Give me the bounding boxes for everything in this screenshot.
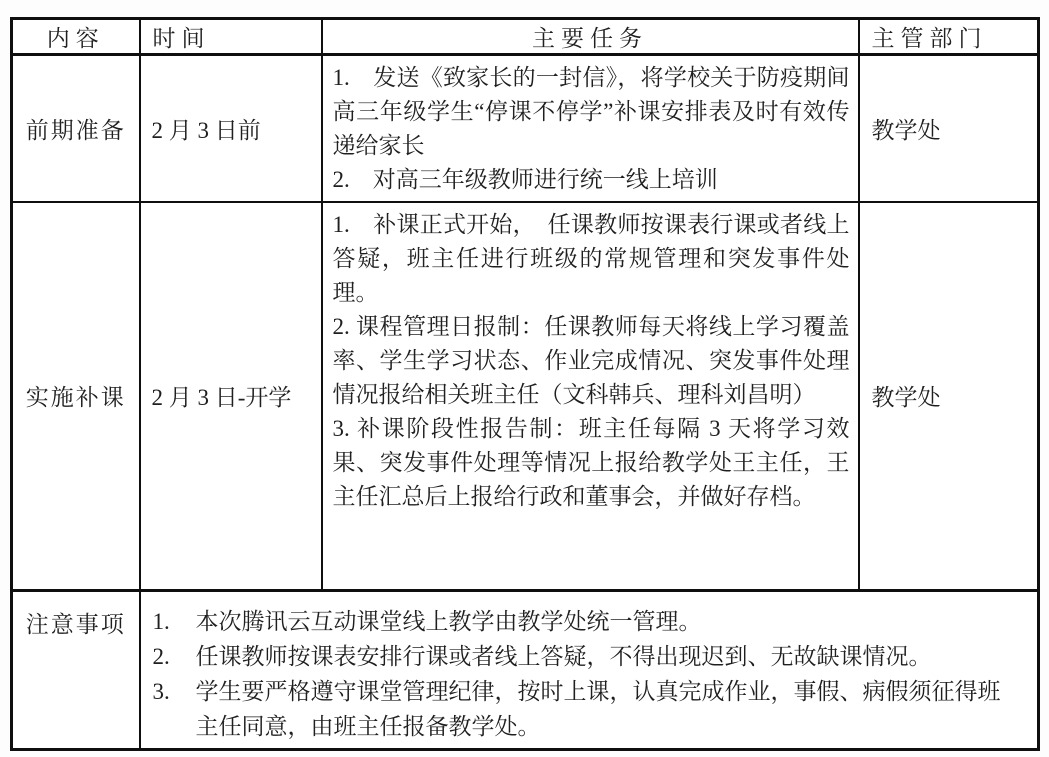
row-notes: 注意事项 1. 本次腾讯云互动课堂线上教学由教学处统一管理。 2. 任课教师按课…: [12, 590, 1039, 749]
implementation-tasks: 1. 补课正式开始， 任课教师按课表行课或者线上答疑，班主任进行班级的常规管理和…: [322, 202, 859, 590]
note-number: 2.: [153, 639, 196, 674]
note-number: 1.: [153, 604, 196, 639]
header-main-tasks: 主要任务: [322, 19, 859, 55]
document-page: 内容 时间 主要任务 主管部门 前期准备 2 月 3 日前 1. 发送《致家长的…: [0, 0, 1049, 757]
note-text: 本次腾讯云互动课堂线上教学由教学处统一管理。: [196, 604, 1014, 639]
note-item: 2. 任课教师按课表安排行课或者线上答疑，不得出现迟到、无故缺课情况。: [153, 639, 1014, 674]
header-row: 内容 时间 主要任务 主管部门: [12, 19, 1039, 55]
row-preparation: 前期准备 2 月 3 日前 1. 发送《致家长的一封信》，将学校关于防疫期间高三…: [12, 55, 1039, 203]
note-text: 学生要严格遵守课堂管理纪律，按时上课，认真完成作业，事假、病假须征得班主任同意，…: [196, 674, 1014, 744]
notes-content: 1. 本次腾讯云互动课堂线上教学由教学处统一管理。 2. 任课教师按课表安排行课…: [140, 590, 1039, 749]
implementation-time: 2 月 3 日-开学: [140, 202, 322, 590]
task-item: 3. 补课阶段性报告制：班主任每隔 3 天将学习效果、突发事件处理等情况上报给教…: [333, 412, 850, 514]
schedule-table: 内容 时间 主要任务 主管部门 前期准备 2 月 3 日前 1. 发送《致家长的…: [10, 17, 1040, 751]
task-item: 2. 对高三年级教师进行统一线上培训: [333, 163, 850, 197]
note-text: 任课教师按课表安排行课或者线上答疑，不得出现迟到、无故缺课情况。: [196, 639, 1014, 674]
notes-label: 注意事项: [12, 590, 140, 749]
preparation-label: 前期准备: [12, 55, 140, 203]
preparation-department: 教学处: [859, 55, 1039, 203]
header-content: 内容: [12, 19, 140, 55]
implementation-label: 实施补课: [12, 202, 140, 590]
note-number: 3.: [153, 674, 196, 709]
header-time: 时间: [140, 19, 322, 55]
task-item: 1. 补课正式开始， 任课教师按课表行课或者线上答疑，班主任进行班级的常规管理和…: [333, 208, 850, 310]
note-item: 1. 本次腾讯云互动课堂线上教学由教学处统一管理。: [153, 604, 1014, 639]
task-item: 2. 课程管理日报制：任课教师每天将线上学习覆盖率、学生学习状态、作业完成情况、…: [333, 310, 850, 412]
note-item: 3. 学生要严格遵守课堂管理纪律，按时上课，认真完成作业，事假、病假须征得班主任…: [153, 674, 1014, 744]
preparation-tasks: 1. 发送《致家长的一封信》，将学校关于防疫期间高三年级学生“停课不停学”补课安…: [322, 55, 859, 203]
task-item: 1. 发送《致家长的一封信》，将学校关于防疫期间高三年级学生“停课不停学”补课安…: [333, 61, 850, 163]
row-implementation: 实施补课 2 月 3 日-开学 1. 补课正式开始， 任课教师按课表行课或者线上…: [12, 202, 1039, 590]
preparation-time: 2 月 3 日前: [140, 55, 322, 203]
implementation-department: 教学处: [859, 202, 1039, 590]
header-department: 主管部门: [859, 19, 1039, 55]
